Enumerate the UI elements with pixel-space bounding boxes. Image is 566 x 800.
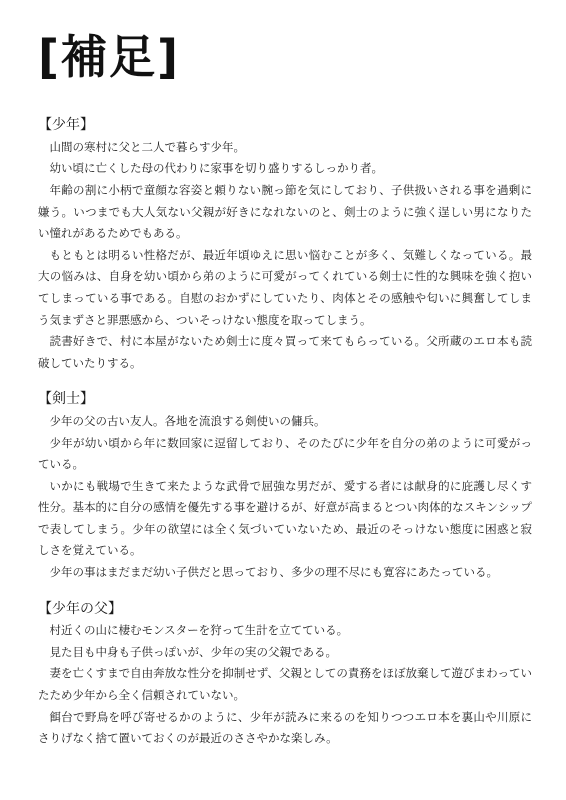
paragraph: 読書好きで、村に本屋がないため剣士に度々買って来てもらっている。父所蔵のエロ本も… <box>38 331 532 374</box>
paragraph: いかにも戦場で生きて来たような武骨で屈強な男だが、愛する者には献身的に庇護し尽く… <box>38 476 532 562</box>
paragraph: 山間の寒村に父と二人で暮らす少年。 <box>38 137 532 159</box>
section-boys-father: 【少年の父】 村近くの山に棲むモンスターを狩って生計を立てている。 見た目も中身… <box>38 599 532 750</box>
paragraph: 少年の事はまだまだ幼い子供だと思っており、多少の理不尽にも寛容にあたっている。 <box>38 562 532 584</box>
paragraph: もともとは明るい性格だが、最近年頃ゆえに思い悩むことが多く、気難しくなっている。… <box>38 245 532 331</box>
section-swordsman: 【剣士】 少年の父の古い友人。各地を流浪する剣使いの傭兵。 少年が幼い頃から年に… <box>38 389 532 583</box>
paragraph: 村近くの山に棲むモンスターを狩って生計を立てている。 <box>38 620 532 642</box>
section-heading-swordsman: 【剣士】 <box>38 389 532 411</box>
paragraph: 餌台で野鳥を呼び寄せるかのように、少年が読みに来るのを知りつつエロ本を裏山や川原… <box>38 707 532 750</box>
paragraph: 少年の父の古い友人。各地を流浪する剣使いの傭兵。 <box>38 411 532 433</box>
paragraph: 妻を亡くすまで自由奔放な性分を抑制せず、父親としての責務をほぼ放棄して遊びまわっ… <box>38 663 532 706</box>
section-boy: 【少年】 山間の寒村に父と二人で暮らす少年。 幼い頃に亡くした母の代わりに家事を… <box>38 115 532 374</box>
paragraph: 見た目も中身も子供っぽいが、少年の実の父親である。 <box>38 642 532 664</box>
paragraph: 年齢の割に小柄で童顔な容姿と頼りない腕っ節を気にしており、子供扱いされる事を過剰… <box>38 180 532 245</box>
paragraph: 幼い頃に亡くした母の代わりに家事を切り盛りするしっかり者。 <box>38 158 532 180</box>
paragraph: 少年が幼い頃から年に数回家に逗留しており、そのたびに少年を自分の弟のように可愛が… <box>38 433 532 476</box>
page-title: [補足] <box>38 30 532 85</box>
document-page: [補足] 【少年】 山間の寒村に父と二人で暮らす少年。 幼い頃に亡くした母の代わ… <box>0 0 566 800</box>
section-heading-boys-father: 【少年の父】 <box>38 599 532 621</box>
section-heading-boy: 【少年】 <box>38 115 532 137</box>
